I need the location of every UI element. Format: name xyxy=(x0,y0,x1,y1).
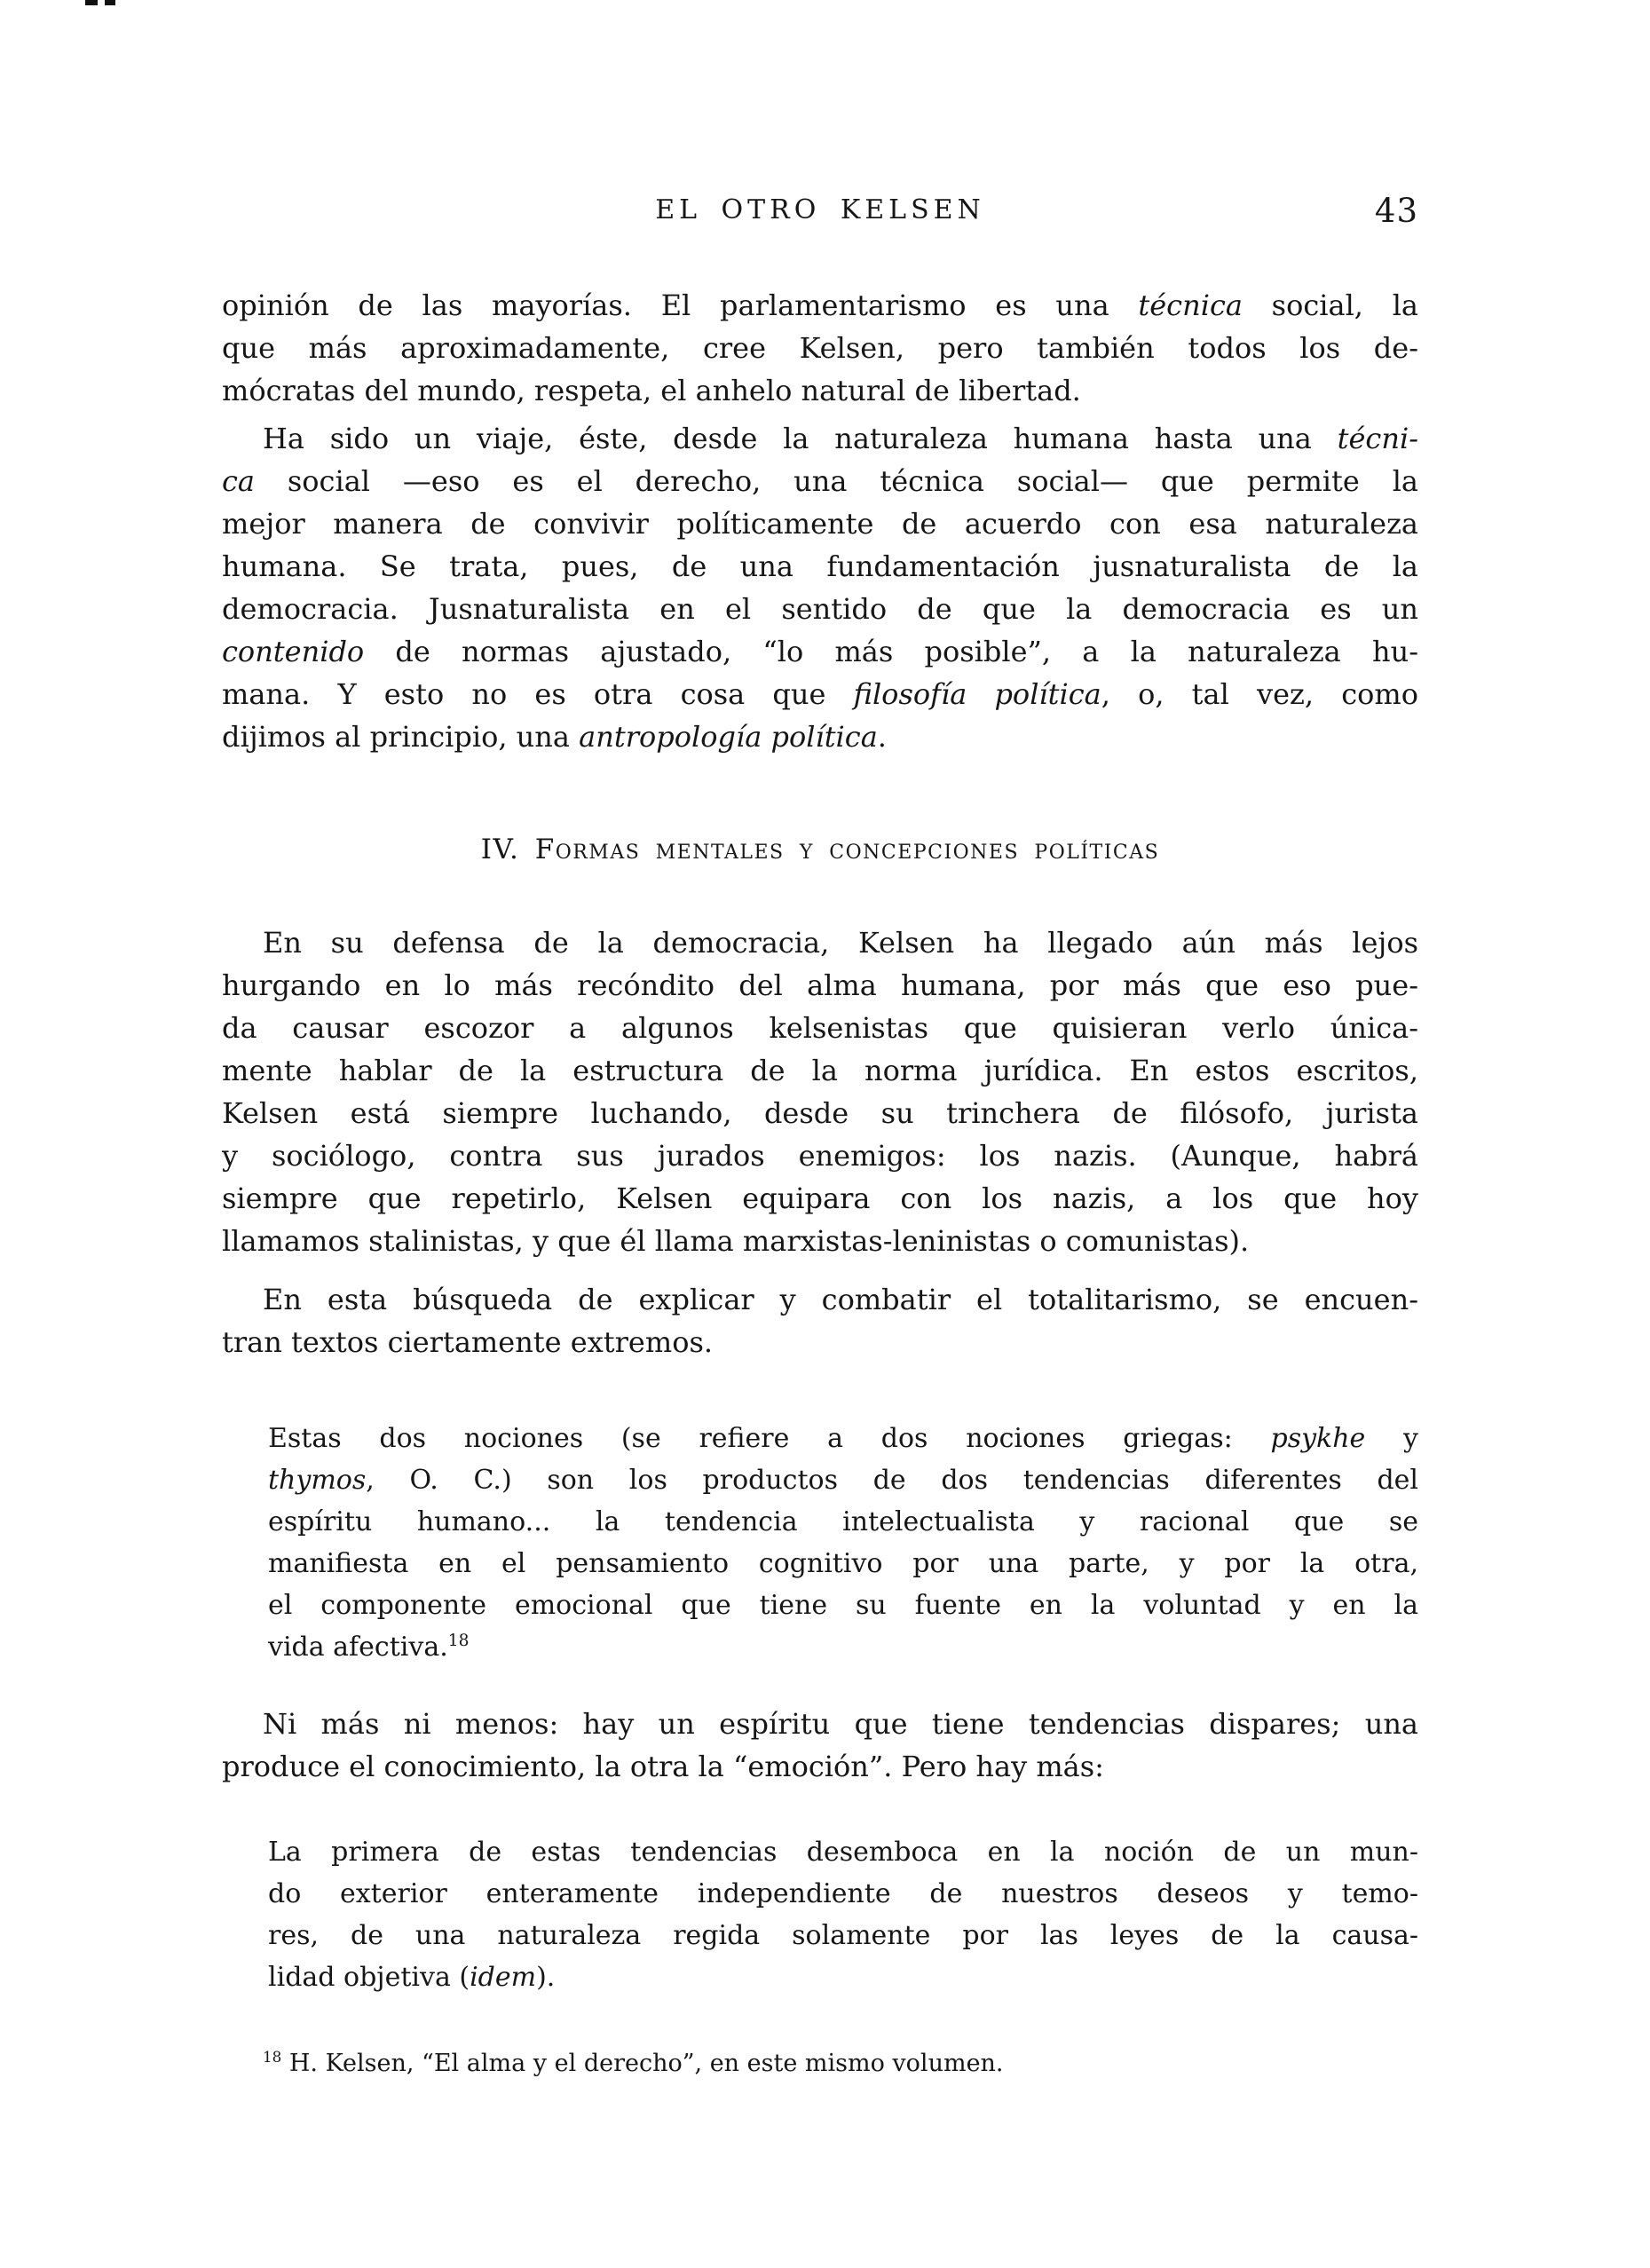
text-segment: manifiesta en el pensamiento cognitivo p… xyxy=(268,1548,1418,1579)
text-segment: siempre que repetirlo, Kelsen equipara c… xyxy=(222,1181,1418,1215)
text-column: opinión de las mayorías. El parlamentari… xyxy=(222,284,1418,2082)
italic-text: filosofía política xyxy=(854,677,1101,711)
text-segment: y sociólogo, contra sus jurados enemigos… xyxy=(222,1139,1418,1173)
text-segment: democracia. Jusnaturalista en el sentido… xyxy=(222,592,1418,626)
text-segment: hurgando en lo más recóndito del alma hu… xyxy=(222,968,1418,1002)
paragraph-5-line-1: Ni más ni menos: hay un espíritu que tie… xyxy=(222,1703,1418,1745)
paragraph-1-line-1: opinión de las mayorías. El parlamentari… xyxy=(222,284,1418,327)
text-segment: Ha sido un viaje, éste, desde la natural… xyxy=(263,422,1338,455)
text-segment: produce el conocimiento, la otra la “emo… xyxy=(222,1750,1104,1783)
page-number: 43 xyxy=(1375,192,1418,230)
scan-artifact-dash xyxy=(105,0,115,5)
text-segment: que más aproximadamente, cree Kelsen, pe… xyxy=(222,331,1418,365)
text-segment: res, de una naturaleza regida solamente … xyxy=(268,1920,1418,1951)
text-segment: dijimos al principio, una xyxy=(222,720,579,754)
text-segment: humana. Se trata, pues, de una fundament… xyxy=(222,549,1418,583)
block-quote-1-line-6: vida afectiva.18 xyxy=(268,1626,1418,1668)
block-quote-2-line-3: res, de una naturaleza regida solamente … xyxy=(268,1915,1418,1956)
text-segment: do exterior enteramente independiente de… xyxy=(268,1878,1418,1909)
running-header: EL OTRO KELSEN 43 xyxy=(222,195,1418,231)
paragraph-2-line-6: contenido de normas ajustado, “lo más po… xyxy=(222,630,1418,673)
paragraph-4: En esta búsqueda de explicar y combatir … xyxy=(222,1278,1418,1363)
text-segment: social —eso es el derecho, una técnica s… xyxy=(255,464,1418,498)
text-segment: Kelsen está siempre luchando, desde su t… xyxy=(222,1096,1418,1130)
paragraph-2-line-8: dijimos al principio, una antropología p… xyxy=(222,715,1418,758)
text-segment: y xyxy=(1365,1423,1418,1454)
paragraph-4-line-1: En esta búsqueda de explicar y combatir … xyxy=(222,1278,1418,1321)
text-segment: mócratas del mundo, respeta, el anhelo n… xyxy=(222,374,1081,407)
text-segment: mejor manera de convivir políticamente d… xyxy=(222,507,1418,541)
text-segment: , O. C.) son los productos de dos tenden… xyxy=(366,1465,1418,1496)
paragraph-5: Ni más ni menos: hay un espíritu que tie… xyxy=(222,1703,1418,1788)
paragraph-4-line-2: tran textos ciertamente extremos. xyxy=(222,1321,1418,1363)
paragraph-3-line-5: Kelsen está siempre luchando, desde su t… xyxy=(222,1092,1418,1134)
italic-text: psykhe xyxy=(1270,1423,1365,1454)
text-segment: Estas dos nociones (se refiere a dos noc… xyxy=(268,1423,1270,1454)
text-segment: da causar escozor a algunos kelsenistas … xyxy=(222,1011,1418,1045)
block-quote-1-line-1: Estas dos nociones (se refiere a dos noc… xyxy=(268,1418,1418,1459)
block-quote-1-line-4: manifiesta en el pensamiento cognitivo p… xyxy=(268,1543,1418,1584)
text-segment: llamamos stalinistas, y que él llama mar… xyxy=(222,1224,1249,1258)
text-segment: espíritu humano... la tendencia intelect… xyxy=(268,1506,1418,1537)
paragraph-2-line-7: mana. Y esto no es otra cosa que filosof… xyxy=(222,673,1418,715)
text-segment: IV. Formas mentales y concepciones polít… xyxy=(481,834,1159,865)
paragraph-2-line-1: Ha sido un viaje, éste, desde la natural… xyxy=(222,417,1418,460)
section-heading: IV. Formas mentales y concepciones polít… xyxy=(222,830,1418,869)
text-segment: social, la xyxy=(1243,288,1418,322)
text-segment: tran textos ciertamente extremos. xyxy=(222,1325,713,1359)
paragraph-3-line-7: siempre que repetirlo, Kelsen equipara c… xyxy=(222,1177,1418,1220)
text-segment: , o, tal vez, como xyxy=(1101,677,1418,711)
paragraph-3-line-2: hurgando en lo más recóndito del alma hu… xyxy=(222,964,1418,1007)
paragraph-3-line-1: En su defensa de la democracia, Kelsen h… xyxy=(222,921,1418,964)
text-segment: En esta búsqueda de explicar y combatir … xyxy=(263,1283,1418,1316)
text-segment: H. Kelsen, “El alma y el derecho”, en es… xyxy=(281,2050,1003,2077)
running-header-title: EL OTRO KELSEN xyxy=(222,195,1418,225)
block-quote-2-line-1: La primera de estas tendencias desemboca… xyxy=(268,1831,1418,1873)
block-quote-2-line-4: lidad objetiva (idem). xyxy=(268,1956,1418,1998)
paragraph-1: opinión de las mayorías. El parlamentari… xyxy=(222,284,1418,412)
paragraph-2-line-5: democracia. Jusnaturalista en el sentido… xyxy=(222,588,1418,630)
block-quote-2-line-2: do exterior enteramente independiente de… xyxy=(268,1873,1418,1915)
paragraph-5-line-2: produce el conocimiento, la otra la “emo… xyxy=(222,1745,1418,1788)
text-segment: ). xyxy=(536,1962,555,1993)
footnote-18: 18 H. Kelsen, “El alma y el derecho”, en… xyxy=(222,2046,1418,2082)
text-segment: La primera de estas tendencias desemboca… xyxy=(268,1837,1418,1868)
text-segment: Ni más ni menos: hay un espíritu que tie… xyxy=(263,1707,1418,1741)
italic-text: contenido xyxy=(222,635,364,668)
section-heading-line-1: IV. Formas mentales y concepciones polít… xyxy=(222,830,1418,869)
block-quote-1-line-2: thymos, O. C.) son los productos de dos … xyxy=(268,1459,1418,1501)
text-segment: lidad objetiva ( xyxy=(268,1962,470,1993)
block-quote-1-line-3: espíritu humano... la tendencia intelect… xyxy=(268,1501,1418,1543)
paragraph-3-line-6: y sociólogo, contra sus jurados enemigos… xyxy=(222,1134,1418,1177)
italic-text: técni- xyxy=(1338,422,1418,455)
block-quote-1-line-5: el componente emocional que tiene su fue… xyxy=(268,1584,1418,1626)
paragraph-3-line-4: mente hablar de la estructura de la norm… xyxy=(222,1049,1418,1092)
text-segment: mente hablar de la estructura de la norm… xyxy=(222,1054,1418,1087)
paragraph-3-line-3: da causar escozor a algunos kelsenistas … xyxy=(222,1007,1418,1049)
text-segment: En su defensa de la democracia, Kelsen h… xyxy=(263,926,1418,960)
paragraph-3: En su defensa de la democracia, Kelsen h… xyxy=(222,921,1418,1262)
text-segment: opinión de las mayorías. El parlamentari… xyxy=(222,288,1138,322)
text-segment: . xyxy=(878,720,887,754)
footnote-marker: 18 xyxy=(448,1632,470,1650)
scanned-book-page: EL OTRO KELSEN 43 opinión de las mayoría… xyxy=(0,0,1650,2268)
text-segment: de normas ajustado, “lo más posible”, a … xyxy=(364,635,1418,668)
paragraph-2-line-2: ca social —eso es el derecho, una técnic… xyxy=(222,460,1418,502)
footnote-18-line-1: 18 H. Kelsen, “El alma y el derecho”, en… xyxy=(222,2046,1418,2082)
italic-text: idem xyxy=(470,1962,536,1993)
paragraph-1-line-2: que más aproximadamente, cree Kelsen, pe… xyxy=(222,327,1418,369)
block-quote-2: La primera de estas tendencias desemboca… xyxy=(268,1831,1418,1998)
italic-text: ca xyxy=(222,464,255,498)
italic-text: técnica xyxy=(1138,288,1243,322)
text-segment: el componente emocional que tiene su fue… xyxy=(268,1590,1418,1621)
text-segment: mana. Y esto no es otra cosa que xyxy=(222,677,854,711)
scan-artifact-dash xyxy=(85,0,98,5)
paragraph-2-line-3: mejor manera de convivir políticamente d… xyxy=(222,502,1418,545)
italic-text: antropología política xyxy=(579,720,878,754)
footnote-marker: 18 xyxy=(263,2048,281,2066)
block-quote-1: Estas dos nociones (se refiere a dos noc… xyxy=(268,1418,1418,1668)
italic-text: thymos xyxy=(268,1465,366,1496)
text-segment: vida afectiva. xyxy=(268,1632,448,1663)
paragraph-2-line-4: humana. Se trata, pues, de una fundament… xyxy=(222,545,1418,588)
paragraph-1-line-3: mócratas del mundo, respeta, el anhelo n… xyxy=(222,369,1418,412)
paragraph-2: Ha sido un viaje, éste, desde la natural… xyxy=(222,417,1418,758)
paragraph-3-line-8: llamamos stalinistas, y que él llama mar… xyxy=(222,1220,1418,1262)
